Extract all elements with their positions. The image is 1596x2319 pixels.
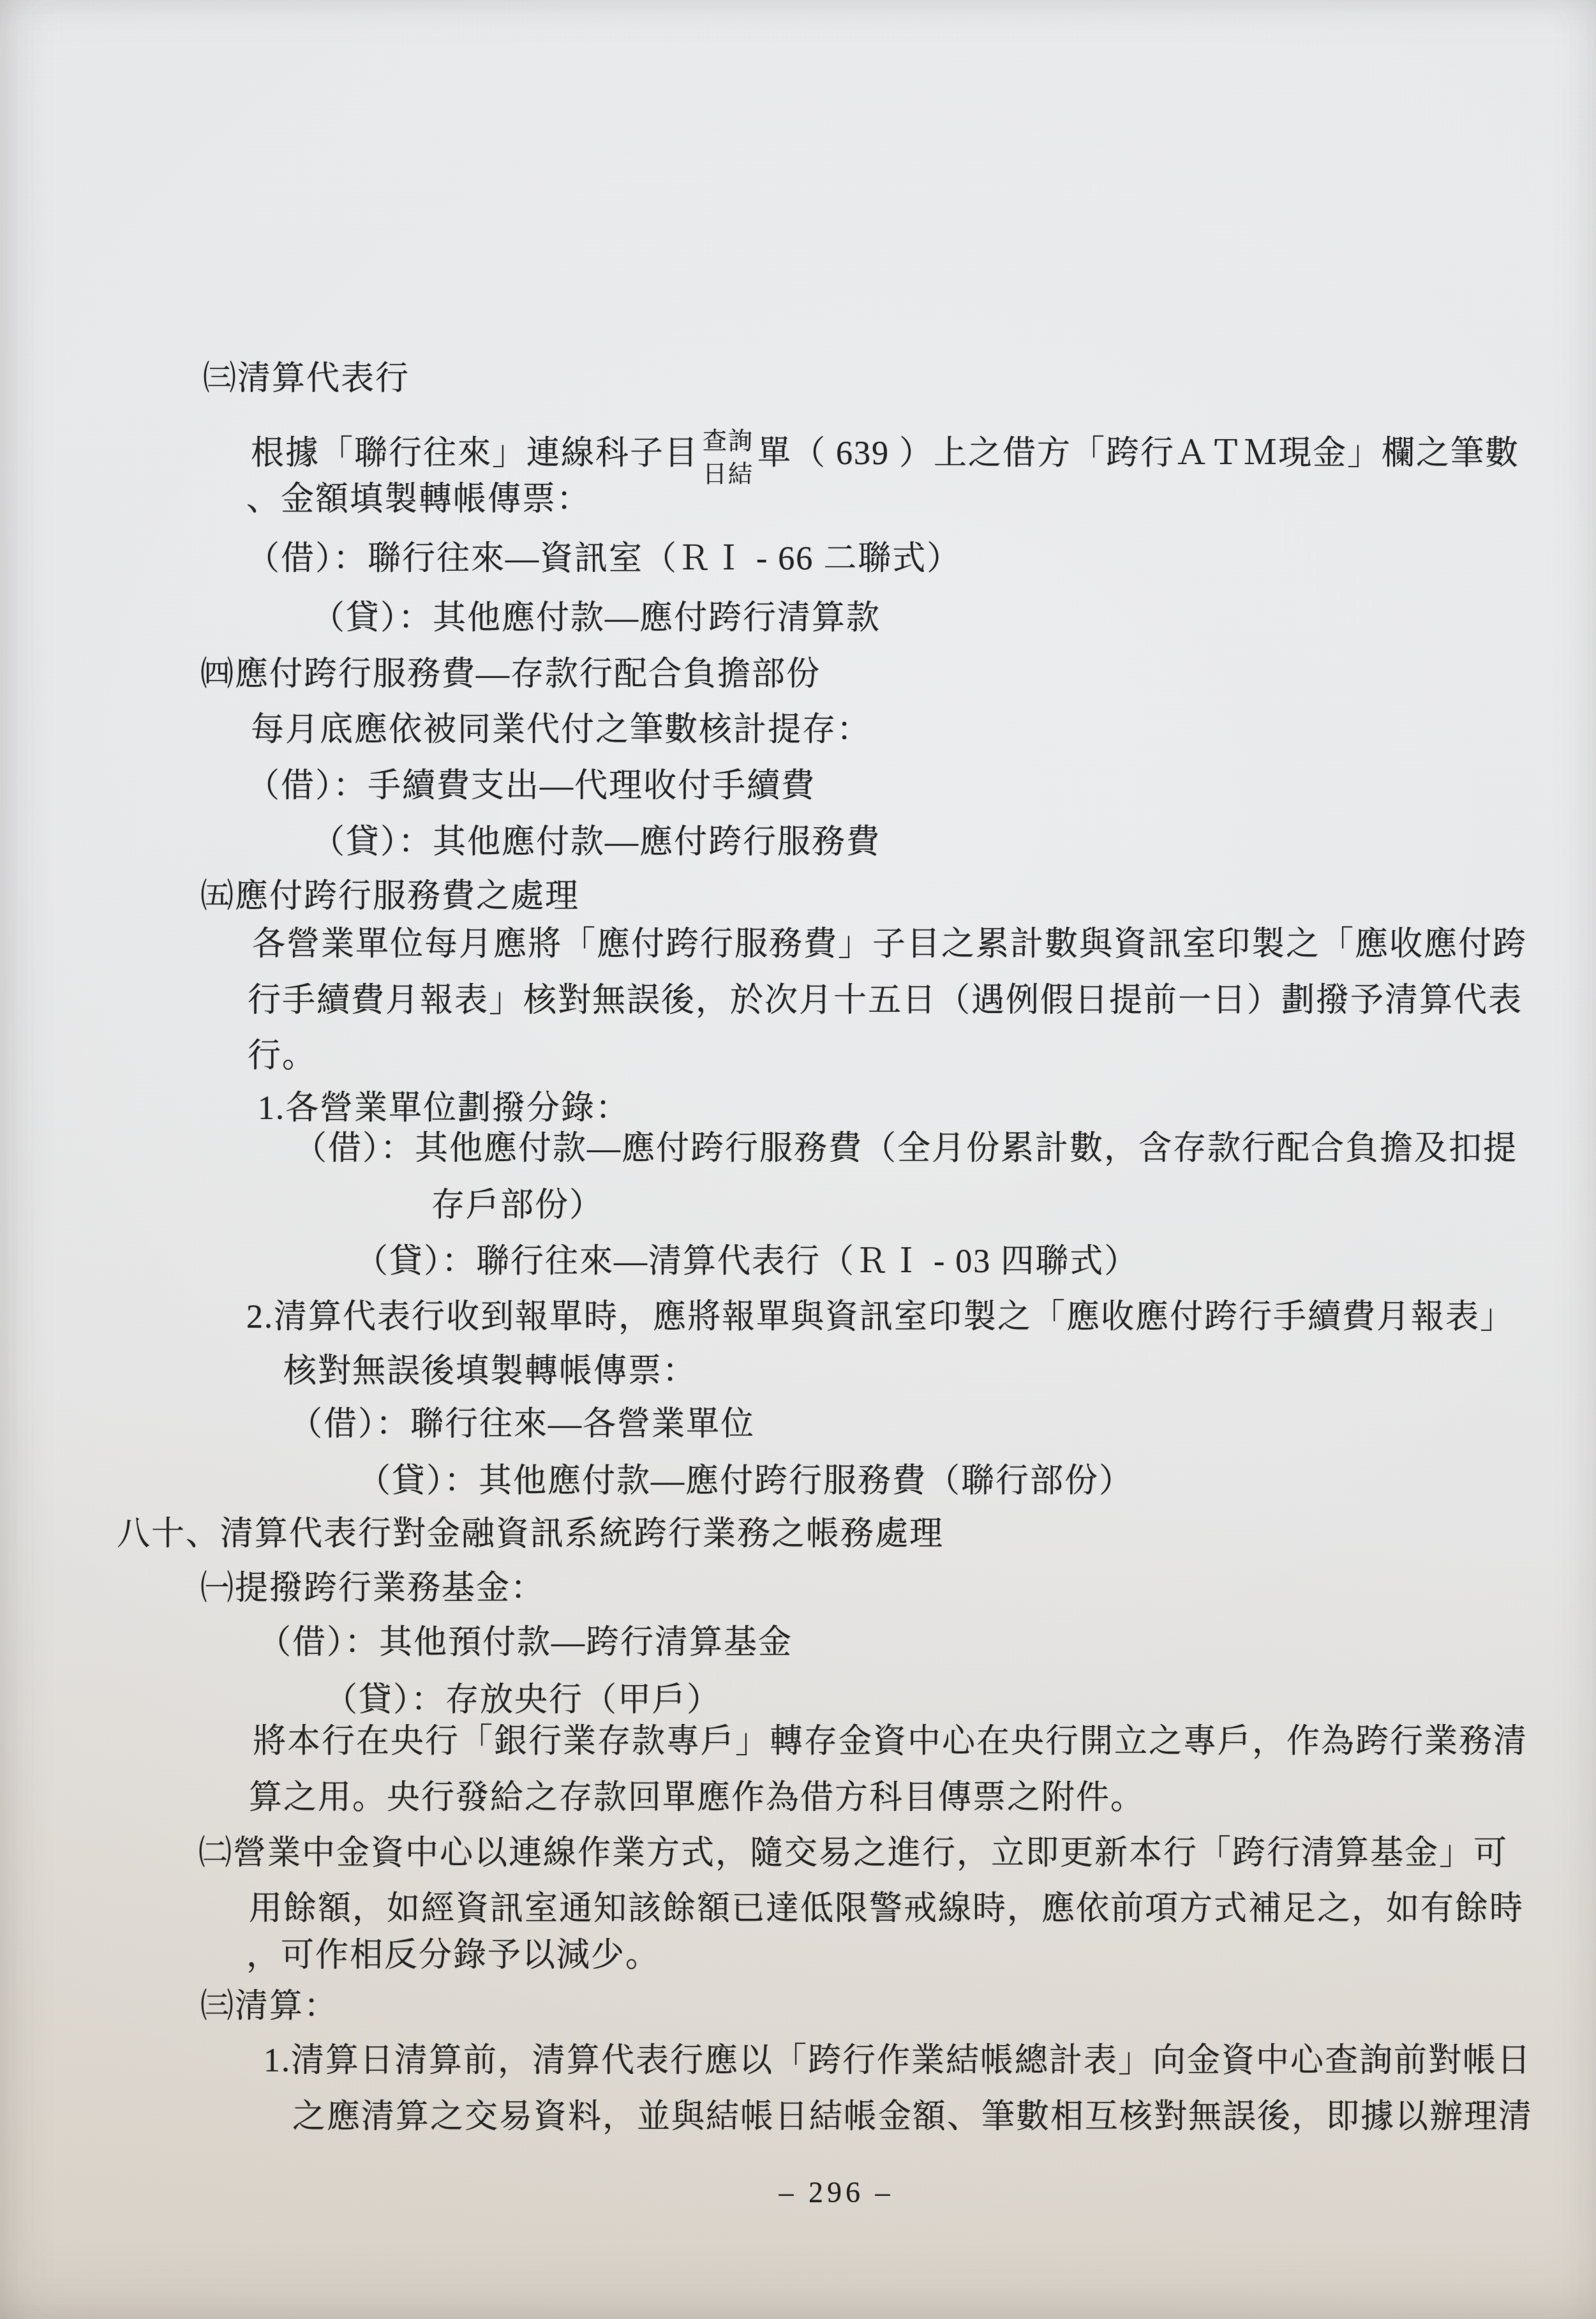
text-line: 核對無誤後填製轉帳傳票： <box>283 1352 697 1392</box>
text-line: （貸）：聯行往來—清算代表行（ＲＩ - 03 四聯式） <box>355 1242 1138 1282</box>
text-line: （借）：其他預付款—跨行清算基金 <box>258 1623 793 1663</box>
text-line: 行手續費月報表」核對無誤後，於次月十五日（遇例假日提前一日）劃撥予清算代表 <box>248 981 1523 1021</box>
text-line: ㈤應付跨行服務費之處理 <box>200 877 579 917</box>
text-line: 每月底應依被同業代付之筆數核計提存： <box>251 710 871 750</box>
text-line: （借）：其他應付款—應付跨行服務費（全月份累計數，含存款行配合負擔及扣提 <box>294 1129 1518 1169</box>
stacked-annotation: 查詢日結 <box>703 424 754 491</box>
text-line: 之應清算之交易資料，並與結帳日結帳金額、筆數相互核對無誤後，即據以辦理清 <box>292 2098 1533 2137</box>
text-line: 用餘額，如經資訊室通知該餘額已達低限警戒線時，應依前項方式補足之，如有餘時 <box>249 1889 1524 1929</box>
text-line: ㈡營業中金資中心以連線作業方式，隨交易之進行，立即更新本行「跨行清算基金」可 <box>198 1834 1508 1873</box>
text-layer: ㈢清算代表行根據「聯行往來」連線科子目查詢日結單（ 639 ）上之借方「跨行ＡＴ… <box>0 0 1596 2319</box>
text-line: （貸）：其他應付款—應付跨行清算款 <box>311 599 881 638</box>
text-line: 行。 <box>248 1037 317 1076</box>
text-line: 八十、清算代表行對金融資訊系統跨行業務之帳務處理 <box>117 1515 944 1554</box>
text-line: ㈠提撥跨行業務基金： <box>200 1569 545 1609</box>
text-line: （借）：聯行往來—各營業單位 <box>289 1405 755 1445</box>
text-line: ，可作相反分錄予以減少。 <box>246 1936 660 1976</box>
text-line: 1.清算日清算前，清算代表行應以「跨行作業結帳總計表」向金資中心查詢前對帳日 <box>264 2041 1532 2081</box>
text-line: 2.清算代表行收到報單時，應將報單與資訊室印製之「應收應付跨行手續費月報表」 <box>246 1298 1514 1337</box>
text-line: （貸）：存放央行（甲戶） <box>324 1681 721 1720</box>
text-line: （借）：聯行往來—資訊室（ＲＩ - 66 二聯式） <box>246 539 961 579</box>
text-line: （貸）：其他應付款—應付跨行服務費 <box>311 823 881 862</box>
text-line: ㈢清算代表行 <box>203 359 410 399</box>
text-line: （借）：手續費支出—代理收付手續費 <box>246 767 816 806</box>
text-line: 算之用。央行發給之存款回單應作為借方科目傳票之附件。 <box>249 1778 1145 1818</box>
text-line: （貸）：其他應付款—應付跨行服務費（聯行部份） <box>357 1462 1133 1501</box>
text-line: 存戶部份） <box>431 1186 604 1226</box>
text-line: ㈣應付跨行服務費—存款行配合負擔部份 <box>200 655 821 694</box>
page-number: – 296 – <box>0 2175 1596 2209</box>
text-line: 各營業單位每月應將「應付跨行服務費」子目之累計數與資訊室印製之「應收應付跨 <box>252 925 1527 964</box>
text-line: 1.各營業單位劃撥分錄： <box>258 1089 630 1129</box>
scanned-document-page: ㈢清算代表行根據「聯行往來」連線科子目查詢日結單（ 639 ）上之借方「跨行ＡＴ… <box>0 0 1596 2319</box>
text-line: 將本行在央行「銀行業存款專戶」轉存金資中心在央行開立之專戶，作為跨行業務清 <box>253 1722 1528 1762</box>
text-line: ㈢清算： <box>200 1987 338 2027</box>
text-line: 、金額填製轉帳傳票： <box>246 480 591 520</box>
